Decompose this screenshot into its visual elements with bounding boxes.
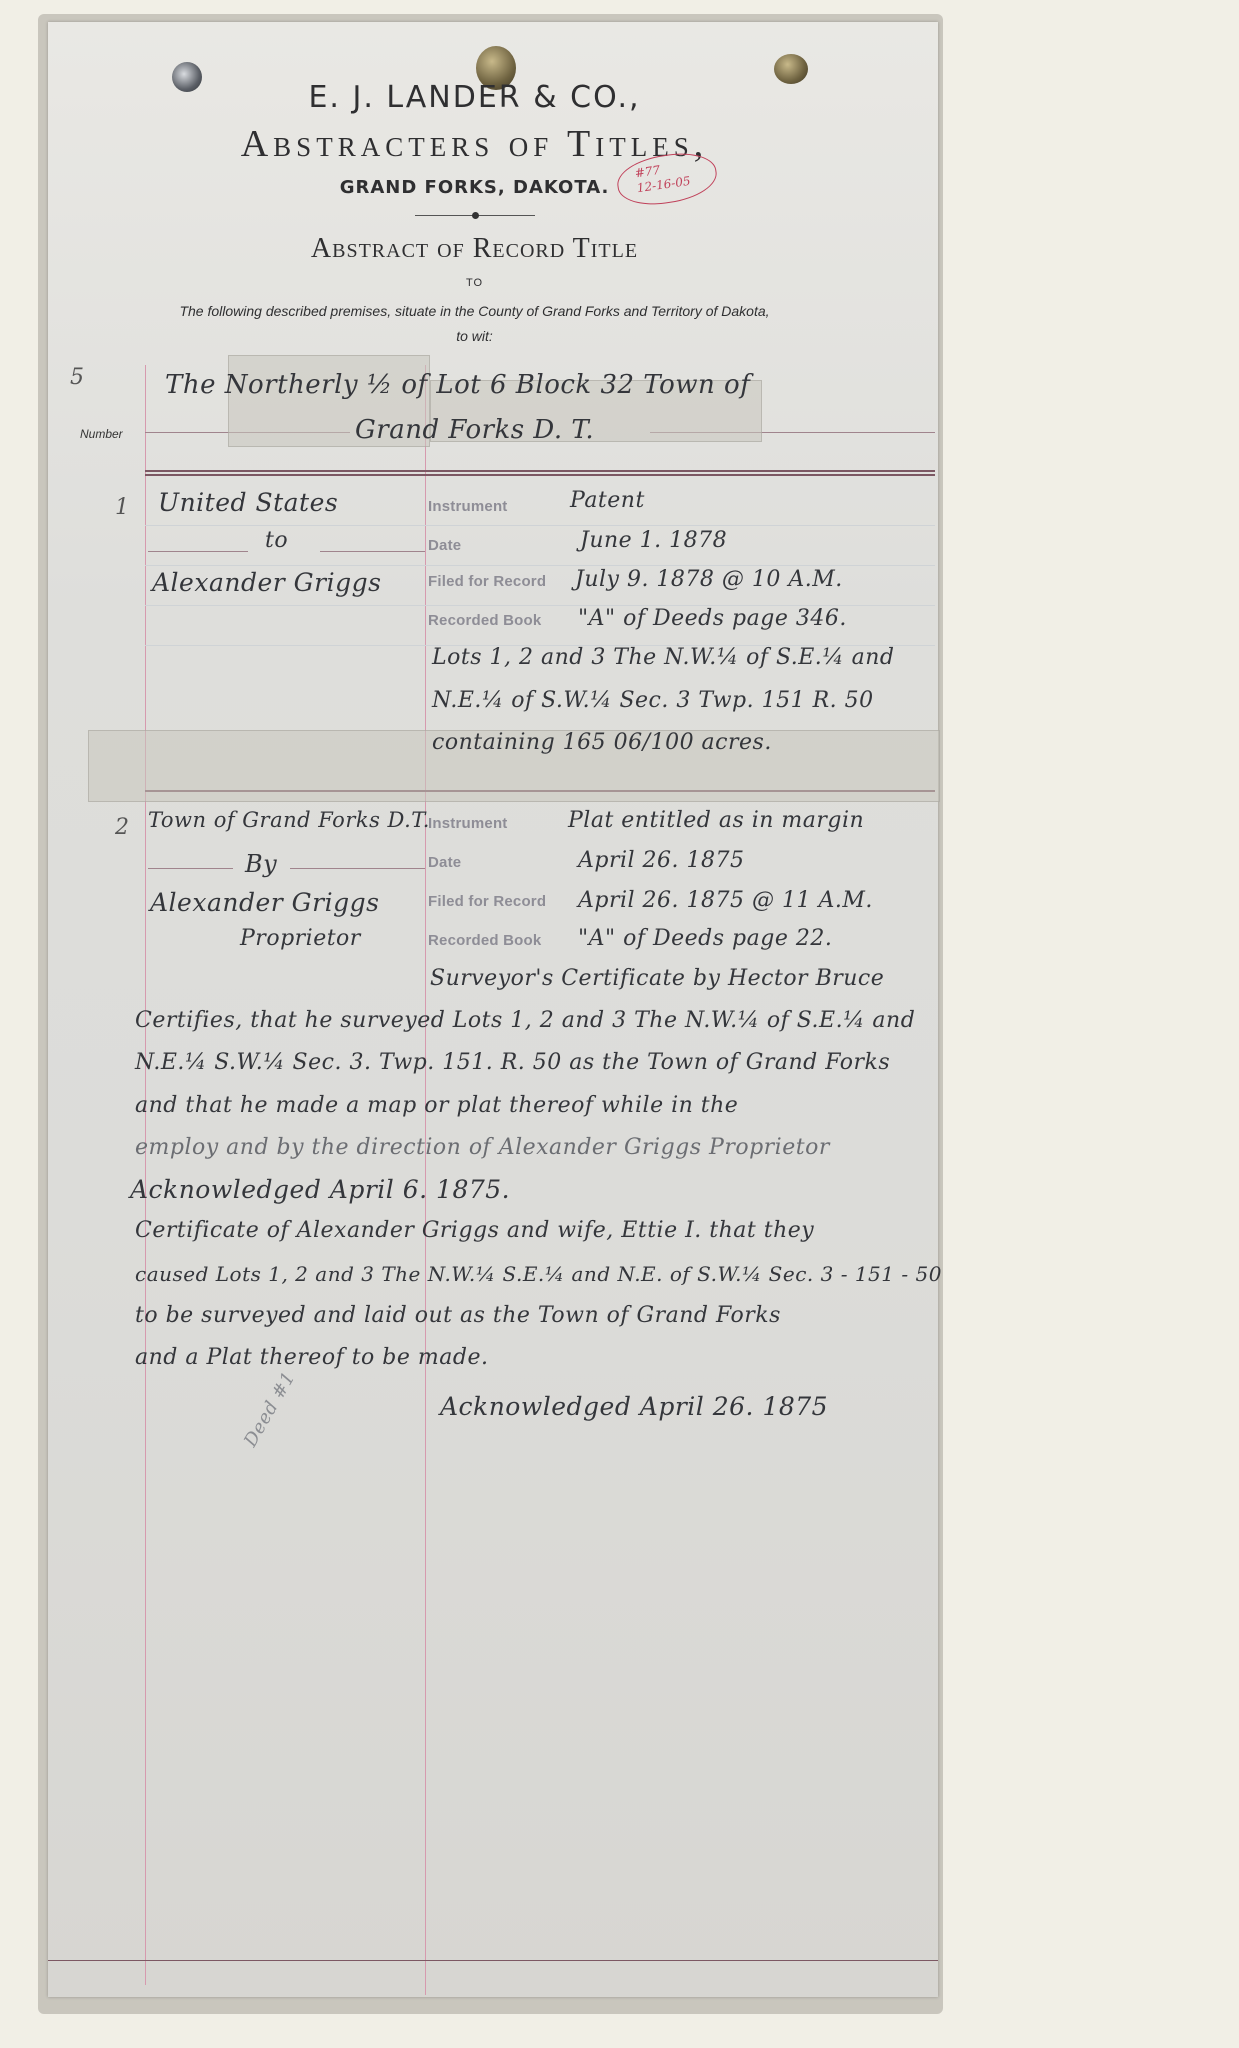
entry2-book: "A" of Deeds page 22. [578,926,832,951]
company-name: E. J. LANDER & CO., [0,80,949,115]
entry1-remark: containing 165 06/100 acres. [432,730,772,755]
entry1-remark: N.E.¼ of S.W.¼ Sec. 3 Twp. 151 R. 50 [432,688,874,713]
entry1-grantor: United States [158,488,338,517]
entry1-filed: July 9. 1878 @ 10 A.M. [575,567,843,592]
number-label: Number [80,427,123,441]
entry2-remark: Surveyor's Certificate by Hector Bruce [430,966,884,991]
entry2-remark: caused Lots 1, 2 and 3 The N.W.¼ S.E.¼ a… [135,1262,942,1286]
header-double-rule-2 [145,474,935,476]
margin-mark: 5 [70,365,84,390]
description-line-1: The Northerly ½ of Lot 6 Block 32 Town o… [165,370,750,400]
to-label: TO [0,277,949,289]
book-label: Recorded Book [428,932,541,949]
entry2-remark: and a Plat thereof to be made. [135,1345,488,1370]
company-location: GRAND FORKS, DAKOTA. [0,177,949,198]
guide-line [145,565,935,566]
entry2-connector-line-left [148,868,233,869]
entry1-connector: to [265,528,288,553]
entry2-filed: April 26. 1875 @ 11 A.M. [578,888,873,913]
instrument-label: Instrument [428,815,508,832]
entry2-remark: to be surveyed and laid out as the Town … [135,1303,781,1328]
entry2-remark: Certifies, that he surveyed Lots 1, 2 an… [135,1008,915,1033]
ornament-divider [415,215,535,216]
entry2-connector: By [245,850,277,878]
entry2-remark: Acknowledged April 6. 1875. [130,1175,510,1204]
footer-rule [48,1960,938,1961]
entry2-grantee-title: Proprietor [240,926,361,951]
entry2-grantor: Town of Grand Forks D.T. [148,808,430,832]
header-double-rule [145,470,935,472]
to-wit-label: to wit: [0,328,949,344]
instrument-label: Instrument [428,498,508,515]
entry1-date: June 1. 1878 [580,528,727,553]
entry1-grantee: Alexander Griggs [152,568,381,597]
entry-number: 1 [115,495,129,520]
description-line-2: Grand Forks D. T. [355,415,594,445]
filed-label: Filed for Record [428,893,546,910]
entry2-grantee: Alexander Griggs [150,888,379,917]
entry1-connector-line-left [148,551,248,552]
entry2-remark: Certificate of Alexander Griggs and wife… [135,1218,814,1243]
entry1-instrument: Patent [570,488,645,513]
entry1-book: "A" of Deeds page 346. [578,606,847,631]
premises-intro: The following described premises, situat… [0,303,949,319]
entry1-remark: Lots 1, 2 and 3 The N.W.¼ of S.E.¼ and [432,645,894,670]
entry2-instrument: Plat entitled as in margin [568,808,864,833]
business-title: Abstracters of Titles, [0,122,949,166]
entry1-connector-line-right [320,551,425,552]
entry-number: 2 [115,815,129,840]
book-label: Recorded Book [428,612,541,629]
entry2-date: April 26. 1875 [578,848,745,873]
filed-label: Filed for Record [428,573,546,590]
entry2-remark: and that he made a map or plat thereof w… [135,1093,738,1118]
date-label: Date [428,854,461,871]
entry2-remark: employ and by the direction of Alexander… [135,1135,830,1160]
entry2-remark: Acknowledged April 26. 1875 [440,1392,828,1421]
document-title: Abstract of Record Title [0,233,949,265]
guide-line [145,525,935,526]
entry2-connector-line-right [290,868,425,869]
date-label: Date [428,537,461,554]
entry2-remark: N.E.¼ S.W.¼ Sec. 3. Twp. 151. R. 50 as t… [135,1050,890,1075]
